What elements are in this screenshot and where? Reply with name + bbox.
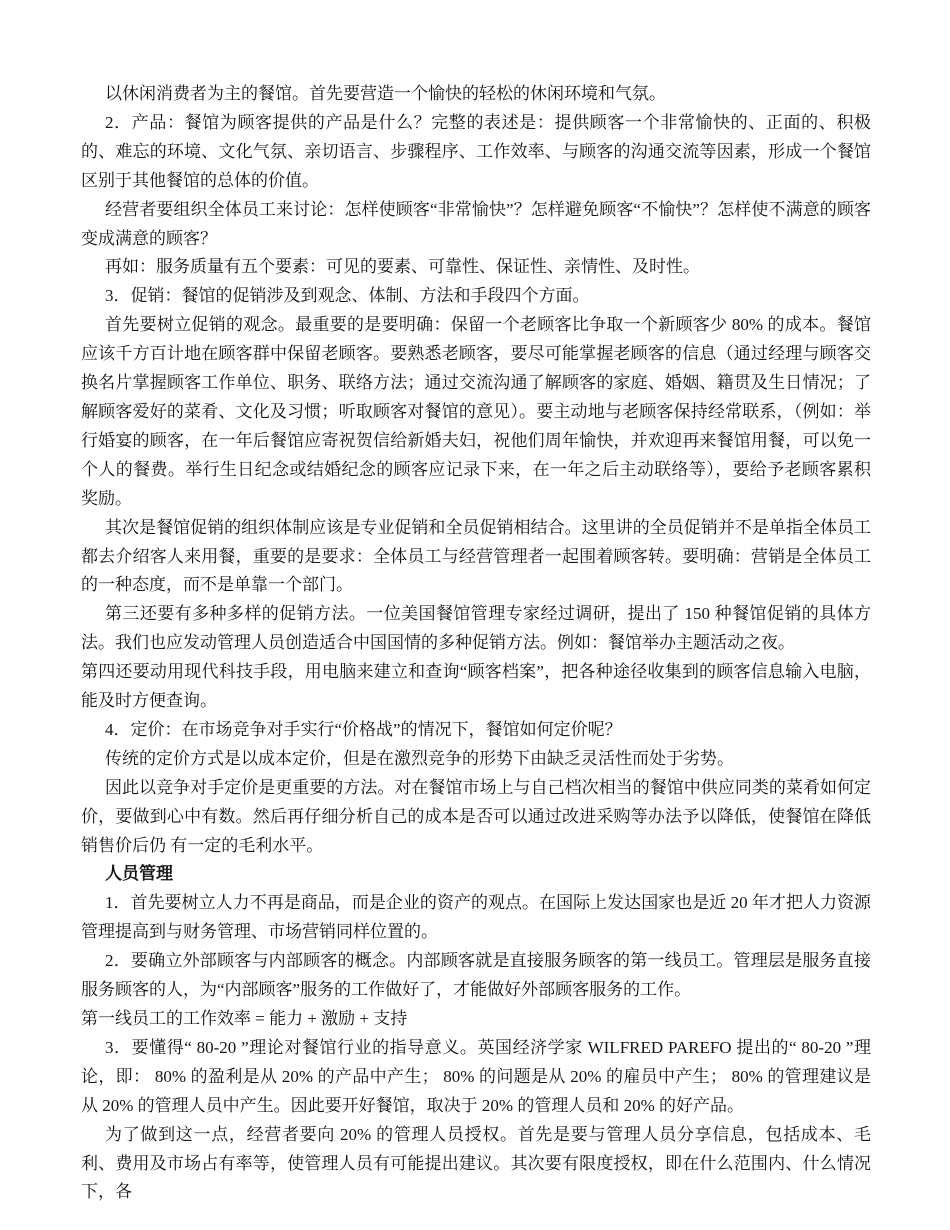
body-paragraph: 其次是餐馆促销的组织体制应该是专业促销和全员促销相结合。这里讲的全员促销并不是单… — [81, 514, 871, 601]
body-paragraph: 因此以竞争对手定价是更重要的方法。对在餐馆市场上与自己档次相当的餐馆中供应同类的… — [81, 774, 871, 861]
body-paragraph: 2．要确立外部顾客与内部顾客的概念。内部顾客就是直接服务顾客的第一线员工。管理层… — [81, 947, 871, 1005]
body-paragraph: 为了做到这一点，经营者要向 20% 的管理人员授权。首先是要与管理人员分享信息，… — [81, 1121, 871, 1208]
body-paragraph: 以休闲消费者为主的餐馆。首先要营造一个愉快的轻松的休闲环境和气氛。 — [81, 80, 871, 109]
body-paragraph: 1．首先要树立人力不再是商品，而是企业的资产的观点。在国际上发达国家也是近 20… — [81, 889, 871, 947]
body-paragraph: 传统的定价方式是以成本定价，但是在激烈竞争的形势下由缺乏灵活性而处于劣势。 — [81, 745, 871, 774]
body-paragraph: 第一线员工的工作效率 = 能力 + 激励 + 支持 — [81, 1005, 871, 1034]
document-text-block: 以休闲消费者为主的餐馆。首先要营造一个愉快的轻松的休闲环境和气氛。2．产品：餐馆… — [81, 80, 871, 1207]
body-paragraph: 第四还要动用现代科技手段，用电脑来建立和查询“顾客档案”，把各种途径收集到的顾客… — [81, 658, 871, 716]
body-paragraph: 再如：服务质量有五个要素：可见的要素、可靠性、保证性、亲情性、及时性。 — [81, 253, 871, 282]
body-paragraph: 2．产品：餐馆为顾客提供的产品是什么？完整的表述是：提供顾客一个非常愉快的、正面… — [81, 109, 871, 196]
body-paragraph: 第三还要有多种多样的促销方法。一位美国餐馆管理专家经过调研，提出了 150 种餐… — [81, 600, 871, 658]
body-paragraph: 3．促销：餐馆的促销涉及到观念、体制、方法和手段四个方面。 — [81, 282, 871, 311]
section-heading: 人员管理 — [81, 860, 871, 889]
body-paragraph: 首先要树立促销的观念。最重要的是要明确：保留一个老顾客比争取一个新顾客少 80%… — [81, 311, 871, 513]
body-paragraph: 4．定价：在市场竞争对手实行“价格战”的情况下，餐馆如何定价呢？ — [81, 716, 871, 745]
body-paragraph: 经营者要组织全体员工来讨论：怎样使顾客“非常愉快”？怎样避免顾客“不愉快”？怎样… — [81, 196, 871, 254]
document-page: 以休闲消费者为主的餐馆。首先要营造一个愉快的轻松的休闲环境和气氛。2．产品：餐馆… — [0, 0, 950, 1230]
body-paragraph: 3．要懂得“ 80-20 ”理论对餐馆行业的指导意义。英国经济学家 WILFRE… — [81, 1034, 871, 1121]
